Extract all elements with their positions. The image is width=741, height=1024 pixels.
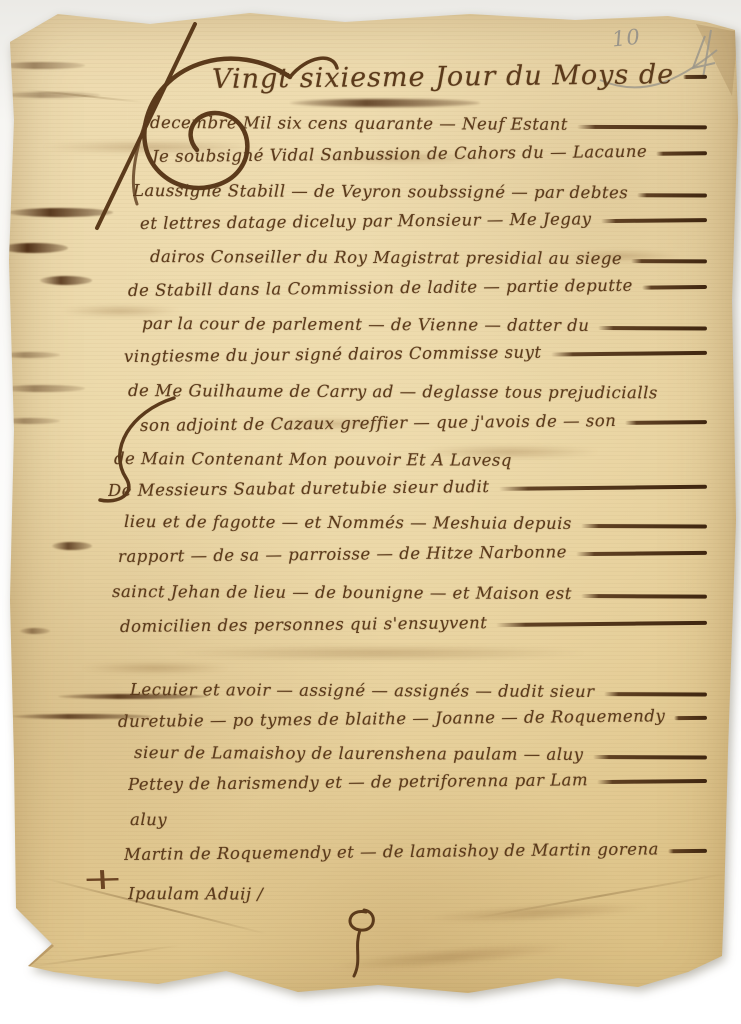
manuscript-line-text: rapport — de sa — parroisse — de Hitze N… xyxy=(118,542,567,566)
line-filler-stroke xyxy=(668,848,707,852)
manuscript-line: aluy xyxy=(130,810,707,832)
line-filler-stroke xyxy=(577,124,707,129)
manuscript-line-text: decembre Mil six cens quarante — Neuf Es… xyxy=(150,113,568,134)
crease-line xyxy=(31,945,180,968)
ink-smudge xyxy=(0,352,60,358)
manuscript-line-text: Pettey de harismendy et — de petriforenn… xyxy=(128,770,588,794)
manuscript-line: son adjoint de Cazaux greffier — que j'a… xyxy=(140,410,707,435)
line-filler-stroke xyxy=(499,484,707,490)
line-filler-stroke xyxy=(642,284,707,289)
manuscript-line: de Main Contenant Mon pouvoir Et A Laves… xyxy=(114,449,707,471)
scanner-background: 10 + Vingt sixiesme Jour du Moys de dece… xyxy=(0,0,741,1024)
manuscript-line: Martin de Roquemendy et — de lamaishoy d… xyxy=(124,839,707,864)
showthrough-mark xyxy=(80,662,230,674)
manuscript-line: rapport — de sa — parroisse — de Hitze N… xyxy=(118,541,707,566)
manuscript-line-text: aluy xyxy=(130,810,167,829)
ink-smudge xyxy=(0,385,85,392)
manuscript-line: de Stabill dans la Commission de ladite … xyxy=(128,275,707,300)
line-filler-stroke xyxy=(601,218,707,223)
manuscript-line: par la cour de parlement — de Vienne — d… xyxy=(142,314,707,335)
ink-smudge xyxy=(0,243,68,253)
line-filler-stroke xyxy=(581,523,707,528)
manuscript-line: De Messieurs Saubat duretubie sieur dudi… xyxy=(108,475,707,500)
manuscript-page: 10 + Vingt sixiesme Jour du Moys de dece… xyxy=(0,0,741,1024)
manuscript-line-text: et lettres datage diceluy par Monsieur —… xyxy=(140,209,592,233)
manuscript-line-text: De Messieurs Saubat duretubie sieur dudi… xyxy=(108,477,490,500)
line-filler-stroke xyxy=(496,620,707,626)
manuscript-line-text: duretubie — po tymes de blaithe — Joanne… xyxy=(118,706,665,731)
line-filler-stroke xyxy=(551,350,707,356)
manuscript-line: Lecuier et avoir — assigné — assignés — … xyxy=(130,680,707,702)
line-filler-stroke xyxy=(625,420,707,425)
line-filler-stroke xyxy=(637,193,707,197)
manuscript-line: duretubie — po tymes de blaithe — Joanne… xyxy=(118,706,707,731)
ink-smudge xyxy=(0,62,85,69)
ink-smudge xyxy=(20,628,50,634)
ink-smudge xyxy=(40,276,92,285)
cross-mark: + xyxy=(80,862,125,898)
manuscript-line: decembre Mil six cens quarante — Neuf Es… xyxy=(150,113,707,134)
manuscript-line-text: par la cour de parlement — de Vienne — d… xyxy=(142,314,589,335)
line-filler-stroke xyxy=(576,550,707,555)
corner-fold-top-left xyxy=(8,12,62,46)
paraph-mark xyxy=(332,902,392,980)
manuscript-line-text: sainct Jehan de lieu — de bounigne — et … xyxy=(112,582,572,603)
manuscript-line-text: Martin de Roquemendy et — de lamaishoy d… xyxy=(124,839,659,864)
line-filler-stroke xyxy=(674,715,707,719)
ink-smudge xyxy=(0,418,60,424)
manuscript-line: Laussigne Stabill — de Veyron soubssigné… xyxy=(133,181,707,203)
line-filler-stroke xyxy=(598,325,707,329)
manuscript-line: domicilien des personnes qui s'ensuyvent xyxy=(120,611,707,636)
manuscript-line: lieu et de fagotte — et Nommés — Meshuia… xyxy=(124,512,707,534)
manuscript-line-text: de Main Contenant Mon pouvoir Et A Laves… xyxy=(114,449,512,470)
corner-fold-bottom-left xyxy=(14,902,64,970)
line-filler-stroke xyxy=(656,151,707,156)
manuscript-line-text: Ipaulam Aduij / xyxy=(128,884,263,904)
showthrough-mark xyxy=(170,645,590,661)
line-filler-stroke xyxy=(604,692,707,696)
manuscript-line: Vingt sixiesme Jour du Moys de xyxy=(212,59,707,95)
line-filler-stroke xyxy=(592,755,707,759)
manuscript-line-text: sieur de Lamaishoy de laurenshena paulam… xyxy=(134,743,584,764)
manuscript-line-text: lieu et de fagotte — et Nommés — Meshuia… xyxy=(124,512,572,533)
manuscript-line: sieur de Lamaishoy de laurenshena paulam… xyxy=(134,743,707,765)
manuscript-line-text: dairos Conseiller du Roy Magistrat presi… xyxy=(150,247,622,268)
line-filler-stroke xyxy=(631,259,707,263)
manuscript-line: de Me Guilhaume de Carry ad — deglasse t… xyxy=(128,381,707,403)
line-filler-stroke xyxy=(597,778,707,783)
manuscript-line: vingtiesme du jour signé dairos Commisse… xyxy=(124,341,707,366)
manuscript-line-text: de Me Guilhaume de Carry ad — deglasse t… xyxy=(128,381,658,402)
manuscript-line: Ipaulam Aduij / xyxy=(128,884,707,906)
manuscript-line: dairos Conseiller du Roy Magistrat presi… xyxy=(150,247,707,268)
manuscript-line-text: Je soubsigné Vidal Sanbussion de Cahors … xyxy=(152,142,647,166)
manuscript-line: sainct Jehan de lieu — de bounigne — et … xyxy=(112,582,707,604)
line-filler-stroke xyxy=(581,594,707,599)
manuscript-line-text: Vingt sixiesme Jour du Moys de xyxy=(212,59,674,95)
manuscript-line-text: Lecuier et avoir — assigné — assignés — … xyxy=(130,680,595,701)
manuscript-line-text: vingtiesme du jour signé dairos Commisse… xyxy=(124,343,542,366)
ink-smudge xyxy=(52,542,92,550)
manuscript-line-text: son adjoint de Cazaux greffier — que j'a… xyxy=(140,411,617,435)
line-filler-stroke xyxy=(683,74,707,78)
manuscript-line-text: domicilien des personnes qui s'ensuyvent xyxy=(120,613,488,636)
manuscript-line-text: Laussigne Stabill — de Veyron soubssigné… xyxy=(133,181,628,202)
manuscript-line-text: de Stabill dans la Commission de ladite … xyxy=(128,276,633,300)
manuscript-line: Pettey de harismendy et — de petriforenn… xyxy=(128,769,707,794)
